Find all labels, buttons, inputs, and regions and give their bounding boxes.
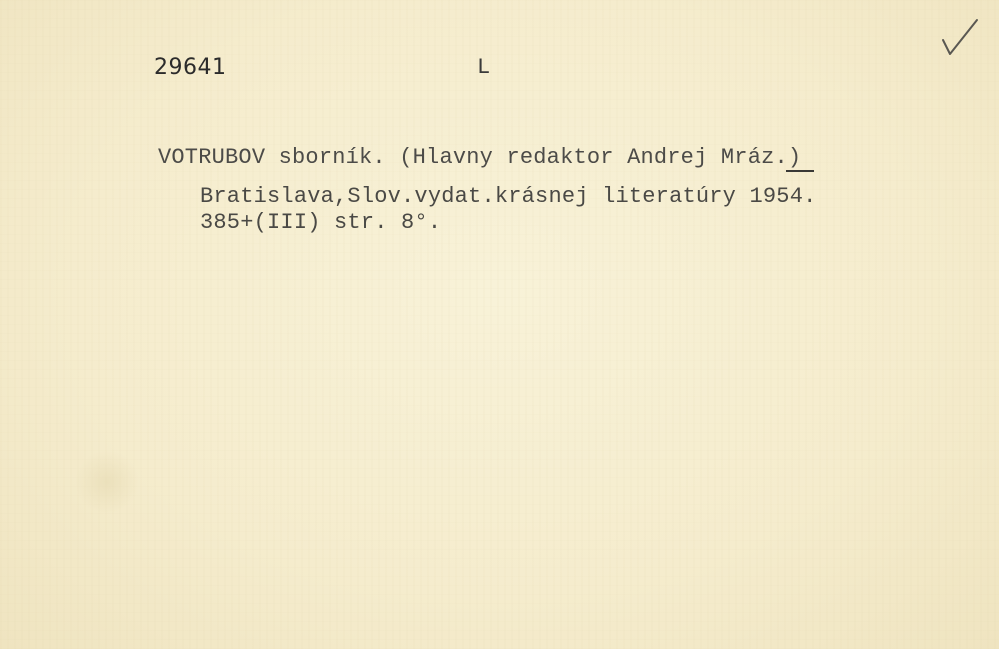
title-line: VOTRUBOV sborník. (Hlavny redaktor Andre… (158, 145, 801, 171)
imprint-line: Bratislava,Slov.vydat.krásnej literatúry… (200, 184, 817, 210)
checkmark-icon (935, 14, 983, 62)
collation-line: 385+(III) str. 8°. (200, 210, 441, 236)
accession-number: 29641 (154, 55, 227, 80)
catalog-card: 29641 L VOTRUBOV sborník. (Hlavny redakt… (0, 0, 999, 649)
class-mark: L (477, 55, 490, 80)
paper-stain (75, 450, 139, 514)
editor-name-underline (786, 170, 814, 172)
